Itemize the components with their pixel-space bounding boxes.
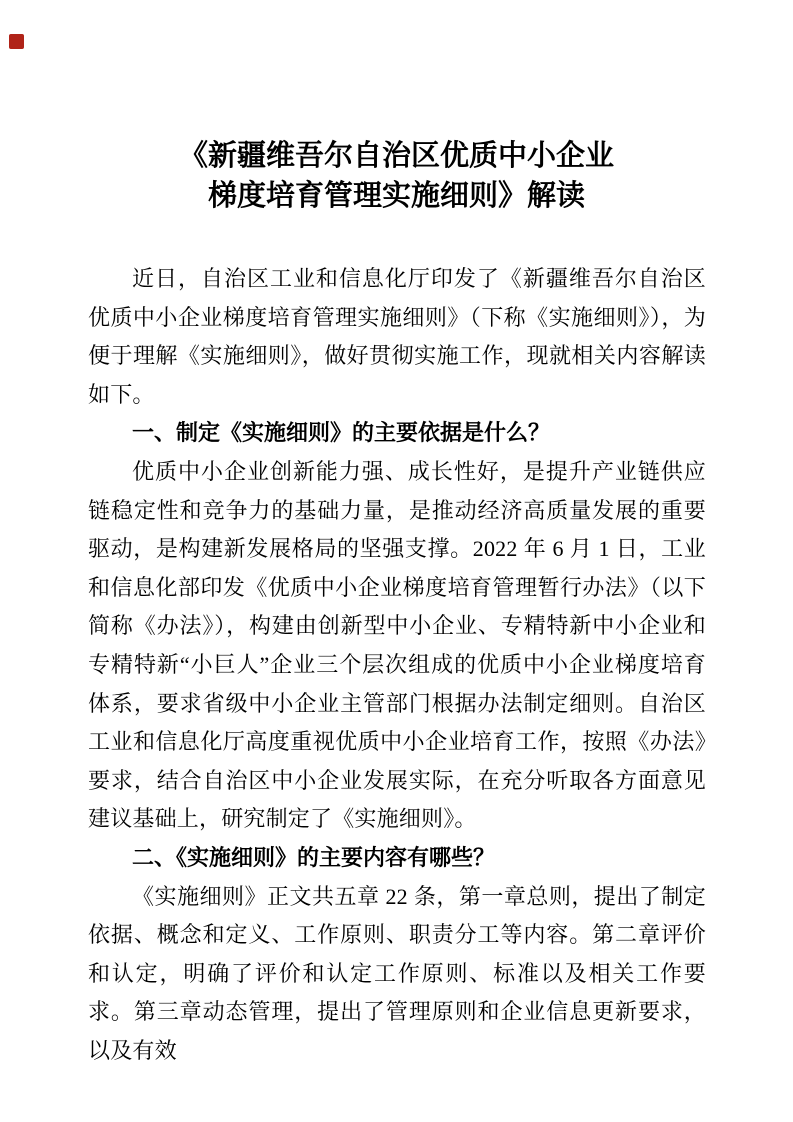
section-2-heading: 二、《实施细则》的主要内容有哪些？ <box>88 839 706 878</box>
section-1-body: 优质中小企业创新能力强、成长性好，是提升产业链供应链稳定性和竞争力的基础力量，是… <box>88 453 706 839</box>
document-page: 《新疆维吾尔自治区优质中小企业 梯度培育管理实施细则》解读 近日，自治区工业和信… <box>0 0 793 1122</box>
document-title: 《新疆维吾尔自治区优质中小企业 梯度培育管理实施细则》解读 <box>0 0 793 216</box>
document-title-line1: 《新疆维吾尔自治区优质中小企业 <box>0 136 793 176</box>
document-body: 近日，自治区工业和信息化厅印发了《新疆维吾尔自治区优质中小企业梯度培育管理实施细… <box>88 260 706 1070</box>
document-title-line2: 梯度培育管理实施细则》解读 <box>0 176 793 216</box>
intro-paragraph: 近日，自治区工业和信息化厅印发了《新疆维吾尔自治区优质中小企业梯度培育管理实施细… <box>88 260 706 414</box>
section-2-body: 《实施细则》正文共五章 22 条，第一章总则，提出了制定依据、概念和定义、工作原… <box>88 878 706 1071</box>
red-corner-marker <box>9 34 24 49</box>
section-1-heading: 一、制定《实施细则》的主要依据是什么？ <box>88 414 706 453</box>
